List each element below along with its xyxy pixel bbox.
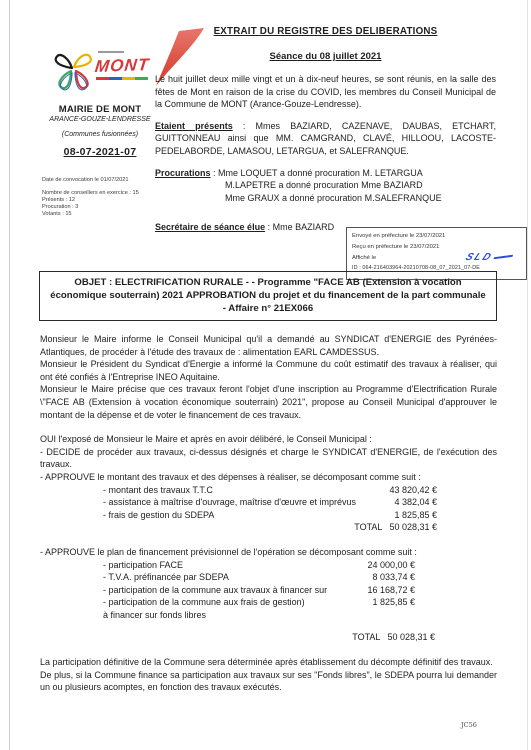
approve-financing-line: - APPROUVE le plan de financement prévis… <box>40 546 497 559</box>
footer-code: JC56 <box>461 721 477 729</box>
decide-line: - DECIDE de procéder aux travaux, ci-des… <box>40 446 497 471</box>
financing-item-amount: 16 168,72 € <box>367 584 415 597</box>
communes-fusionnees: (Communes fusionnées) <box>36 131 164 138</box>
deliberation-body: Monsieur le Maire informe le Conseil Mun… <box>40 333 497 694</box>
works-item-amount: 4 382,04 € <box>394 496 437 509</box>
secretary-label: Secrétaire de séance élue <box>155 222 265 232</box>
financing-note: à financer sur fonds libres <box>40 609 497 622</box>
stamp-signature: SLD <box>463 252 514 263</box>
works-item-row: - montant des travaux T.T.C 43 820,42 € <box>40 484 437 497</box>
count-conseillers: Nombre de conseillers en exercice : 15 <box>42 190 139 197</box>
mairie-name: MAIRIE DE MONT <box>36 104 164 115</box>
logo-mont-text: MONT <box>94 55 150 77</box>
works-item-label: - assistance à maîtrise d'ouvrage, maîtr… <box>40 496 356 509</box>
count-votants: Votants : 15 <box>42 211 139 218</box>
financing-item-row: - participation de la commune aux travau… <box>40 584 415 597</box>
stamp-sent-line: Envoyé en préfecture le 23/07/2021 <box>352 231 521 242</box>
attendees-paragraph: Etaient présents : Mmes BAZIARD, CAZENAV… <box>155 120 496 158</box>
procurations-label: Procurations <box>155 168 211 178</box>
financing-item-row: - T.V.A. préfinancée par SDEPA 8 033,74 … <box>40 571 415 584</box>
works-item-amount: 43 820,42 € <box>389 484 437 497</box>
financing-item-amount: 1 825,85 € <box>372 596 415 609</box>
closing-paragraph: La participation définitive de la Commun… <box>40 656 497 669</box>
financing-item-row: - participation FACE 24 000,00 € <box>40 559 415 572</box>
works-total-label: TOTAL <box>354 522 382 532</box>
header-column: EXTRAIT DU REGISTRE DES DELIBERATIONS Sé… <box>155 26 496 232</box>
financing-item-label: - participation de la commune aux frais … <box>40 596 305 609</box>
count-procuration: Procuration : 3 <box>42 204 139 211</box>
session-date: Séance du 08 juillet 2021 <box>155 51 496 62</box>
works-total-row: TOTAL50 028,31 € <box>40 521 437 534</box>
body-paragraph: Monsieur le Président du Syndicat d'Ener… <box>40 358 497 383</box>
procuration-line: M.LAPETRE a donné procuration Mme BAZIAR… <box>225 180 423 190</box>
financing-total-amount: 50 028,31 € <box>387 632 435 642</box>
financing-item-label: - T.V.A. préfinancée par SDEPA <box>40 571 229 584</box>
body-paragraph: Monsieur le Maire précise que ces travau… <box>40 383 497 421</box>
works-item-row: - assistance à maîtrise d'ouvrage, maîtr… <box>40 496 437 509</box>
procurations-block: Procurations : Mme LOQUET a donné procur… <box>155 167 496 205</box>
document-title: EXTRAIT DU REGISTRE DES DELIBERATIONS <box>155 26 496 37</box>
works-item-amount: 1 825,85 € <box>394 509 437 522</box>
procuration-line: Mme LOQUET a donné procuration M. LETARG… <box>218 168 423 178</box>
objet-box: OBJET : ELECTRIFICATION RURALE - - Progr… <box>39 271 497 321</box>
financing-total-row: TOTAL50 028,31 € <box>40 631 435 644</box>
commune-mont-logo: MONT <box>48 44 163 96</box>
financing-item-label: - participation FACE <box>40 559 183 572</box>
financing-item-amount: 8 033,74 € <box>372 571 415 584</box>
scan-artifact-left-edge <box>9 0 10 750</box>
procuration-line: Mme GRAUX a donné procuration M.SALEFRAN… <box>225 193 442 203</box>
financing-item-row: - participation de la commune aux frais … <box>40 596 415 609</box>
approve-works-line: - APPROUVE le montant des travaux et des… <box>40 471 497 484</box>
works-item-row: - frais de gestion du SDEPA 1 825,85 € <box>40 509 437 522</box>
works-item-label: - montant des travaux T.T.C <box>40 484 213 497</box>
oui-line: OUI l'exposé de Monsieur le Maire et apr… <box>40 433 497 446</box>
convocation-date: Date de convocation le 01/07/2021 <box>42 177 128 183</box>
scan-artifact-right-edge <box>527 0 528 750</box>
works-total-amount: 50 028,31 € <box>389 522 437 532</box>
secretary-name: : Mme BAZIARD <box>265 222 334 232</box>
deliberation-document-page: MONT MAIRIE DE MONT ARANCE-GOUZE-LENDRES… <box>0 0 531 750</box>
financing-total-label: TOTAL <box>352 632 380 642</box>
attendees-label: Etaient présents <box>155 121 233 131</box>
deliberation-number: 08-07-2021-07 <box>36 146 164 158</box>
logo-small-text-bar <box>98 51 124 53</box>
works-item-label: - frais de gestion du SDEPA <box>40 509 214 522</box>
financing-item-amount: 24 000,00 € <box>367 559 415 572</box>
procurations-separator: : <box>211 168 219 178</box>
closing-paragraph: De plus, si la Commune finance sa partic… <box>40 669 497 694</box>
count-presents: Présents : 12 <box>42 197 139 204</box>
council-counts: Nombre de conseillers en exercice : 15 P… <box>42 190 139 218</box>
communes-name: ARANCE-GOUZE-LENDRESSE <box>36 116 164 124</box>
logo-website-bar <box>96 77 148 80</box>
body-paragraph: Monsieur le Maire informe le Conseil Mun… <box>40 333 497 358</box>
financing-item-label: - participation de la commune aux travau… <box>40 584 327 597</box>
intro-paragraph: Le huit juillet deux mille vingt et un à… <box>155 73 496 111</box>
